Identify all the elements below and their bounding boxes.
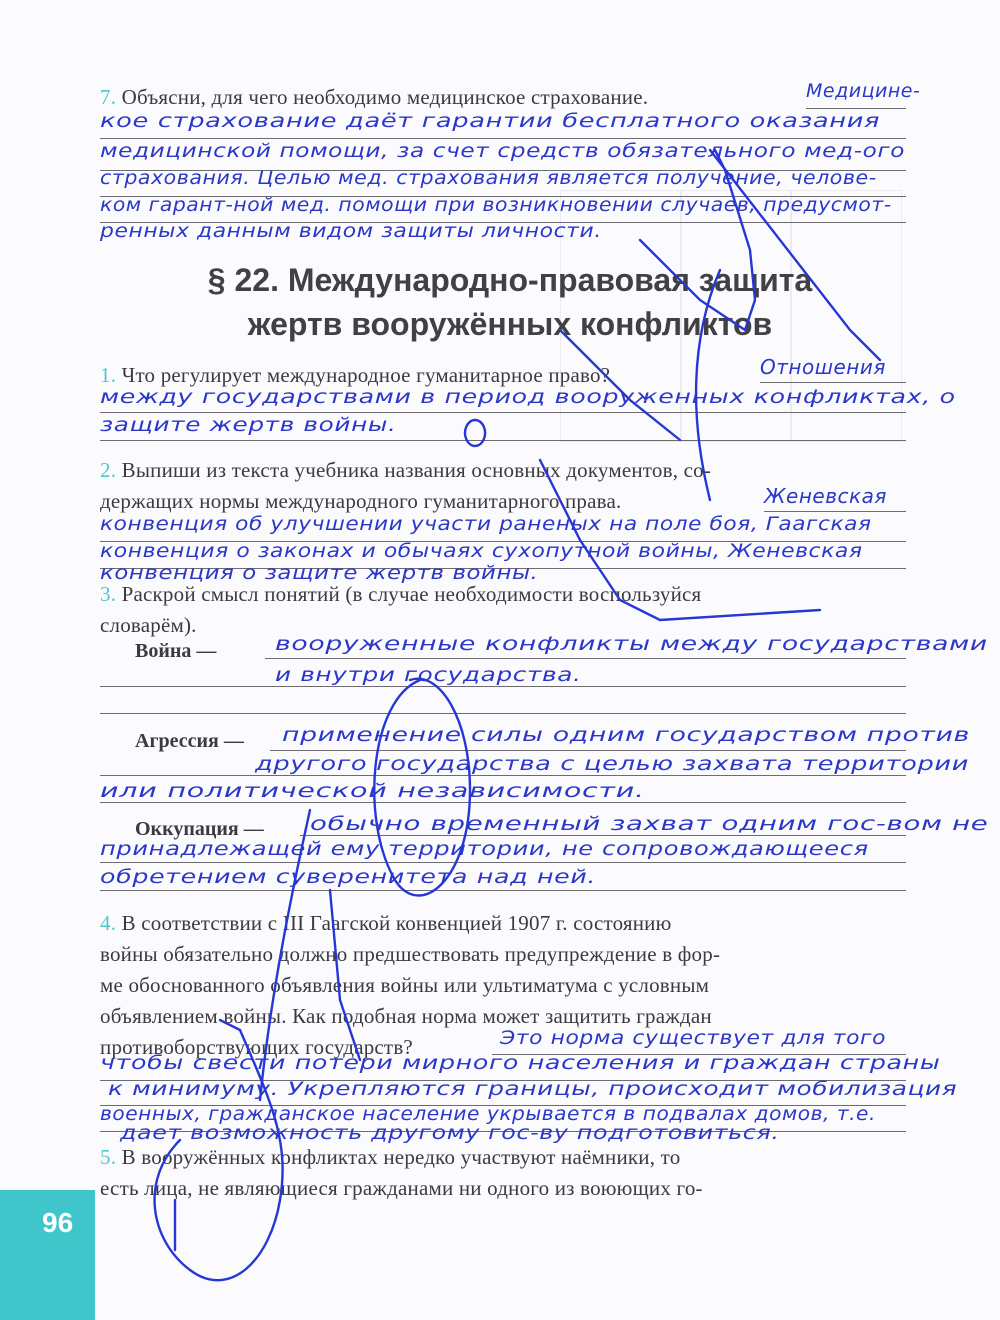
answer-rule bbox=[300, 835, 906, 836]
handwritten-definition-line: обычно временный захват одним гос-вом не bbox=[310, 813, 988, 835]
question-line: 5. В вооружённых конфликтах нередко учас… bbox=[100, 1142, 906, 1173]
handwritten-answer-line: ренных данным видом защиты личности. bbox=[100, 220, 602, 242]
question-line: войны обязательно должно предшествовать … bbox=[100, 939, 906, 970]
handwritten-answer-line: ком гарант-ной мед. помощи при возникнов… bbox=[100, 194, 892, 216]
answer-rule bbox=[806, 108, 906, 109]
answer-rule bbox=[100, 138, 906, 139]
section-title: § 22. Международно-правовая защита жертв… bbox=[100, 258, 920, 346]
answer-rule bbox=[100, 713, 906, 714]
question-number: 2. bbox=[100, 458, 116, 482]
question-text: Что регулирует международное гуманитарно… bbox=[122, 363, 611, 387]
handwritten-definition-line: вооруженные конфликты между государствам… bbox=[275, 633, 988, 655]
question-text: Выпиши из текста учебника названия основ… bbox=[122, 458, 711, 482]
handwritten-answer-line: конвенция об улучшении участи раненых на… bbox=[100, 513, 872, 535]
scribble-stroke bbox=[465, 420, 485, 446]
handwritten-definition-line: обретением суверенитета над ней. bbox=[100, 866, 596, 888]
question-number: 7. bbox=[100, 85, 116, 109]
question-line: есть лица, не являющиеся гражданами ни о… bbox=[100, 1173, 906, 1204]
handwritten-answer-line: Женевская bbox=[764, 484, 887, 508]
question-5-prompt: 5. В вооружённых конфликтах нередко учас… bbox=[100, 1142, 906, 1204]
question-number: 4. bbox=[100, 911, 116, 935]
section-title-line-1: § 22. Международно-правовая защита bbox=[100, 258, 920, 302]
answer-rule bbox=[100, 862, 906, 863]
question-text: Объясни, для чего необходимо медицинское… bbox=[122, 85, 649, 109]
handwritten-answer-line: к минимуму. Укрепляются границы, происхо… bbox=[108, 1078, 957, 1100]
question-7-prompt: 7. Объясни, для чего необходимо медицинс… bbox=[100, 82, 906, 113]
term-aggression: Агрессия — bbox=[135, 730, 244, 753]
handwritten-answer-line: Медицине- bbox=[806, 80, 920, 102]
answer-rule bbox=[270, 750, 906, 751]
answer-rule bbox=[100, 890, 906, 891]
answer-rule bbox=[100, 440, 906, 441]
question-line: 3. Раскрой смысл понятий (в случае необх… bbox=[100, 579, 906, 610]
question-number: 1. bbox=[100, 363, 116, 387]
handwritten-answer-line: конвенция о законах и обычаях сухопутной… bbox=[100, 540, 863, 562]
section-title-line-2: жертв вооружённых конфликтов bbox=[100, 302, 920, 346]
question-line: 2. Выпиши из текста учебника названия ос… bbox=[100, 455, 906, 486]
term-war: Война — bbox=[135, 640, 216, 663]
handwritten-answer-line: Это норма существует для того bbox=[500, 1027, 886, 1049]
question-number: 3. bbox=[100, 582, 116, 606]
question-line: 4. В соответствии с III Гаагской конвенц… bbox=[100, 908, 906, 939]
handwritten-definition-line: другого государства с целью захвата терр… bbox=[255, 753, 969, 775]
question-text: Раскрой смысл понятий (в случае необходи… bbox=[122, 582, 702, 606]
handwritten-answer-line: между государствами в период вооруженных… bbox=[100, 386, 956, 408]
answer-rule bbox=[760, 382, 906, 383]
handwritten-answer-line: медицинской помощи, за счет средств обяз… bbox=[100, 140, 905, 162]
handwritten-definition-line: применение силы одним государством проти… bbox=[282, 724, 970, 746]
answer-rule bbox=[100, 412, 906, 413]
answer-rule bbox=[764, 511, 906, 512]
handwritten-answer-line: страхования. Целью мед. страхования явля… bbox=[100, 167, 877, 189]
handwritten-answer-line: дает возможность другому гос-ву подготов… bbox=[120, 1122, 780, 1144]
handwritten-answer-line: защите жертв войны. bbox=[100, 414, 397, 436]
question-3-prompt: 3. Раскрой смысл понятий (в случае необх… bbox=[100, 579, 906, 641]
answer-rule bbox=[100, 775, 906, 776]
handwritten-definition-line: принадлежащей ему территории, не сопрово… bbox=[100, 838, 869, 860]
handwritten-definition-line: или политической независимости. bbox=[100, 780, 645, 802]
handwritten-answer-line: кое страхование даёт гарантии бесплатног… bbox=[100, 110, 880, 132]
handwritten-definition-line: и внутри государства. bbox=[275, 664, 582, 686]
question-text: В соответствии с III Гаагской конвенцией… bbox=[122, 911, 672, 935]
page-number: 96 bbox=[42, 1207, 73, 1239]
question-number: 5. bbox=[100, 1145, 116, 1169]
answer-rule bbox=[100, 802, 906, 803]
handwritten-answer-line: чтобы свести потери мирного населения и … bbox=[100, 1052, 940, 1074]
answer-rule bbox=[100, 686, 906, 687]
handwritten-answer-line: Отношения bbox=[760, 355, 886, 379]
answer-rule bbox=[265, 658, 906, 659]
question-text: В вооружённых конфликтах нередко участву… bbox=[122, 1145, 681, 1169]
workbook-page: 7. Объясни, для чего необходимо медицинс… bbox=[0, 0, 1000, 1320]
question-line: ме обоснованного объявления войны или ул… bbox=[100, 970, 906, 1001]
